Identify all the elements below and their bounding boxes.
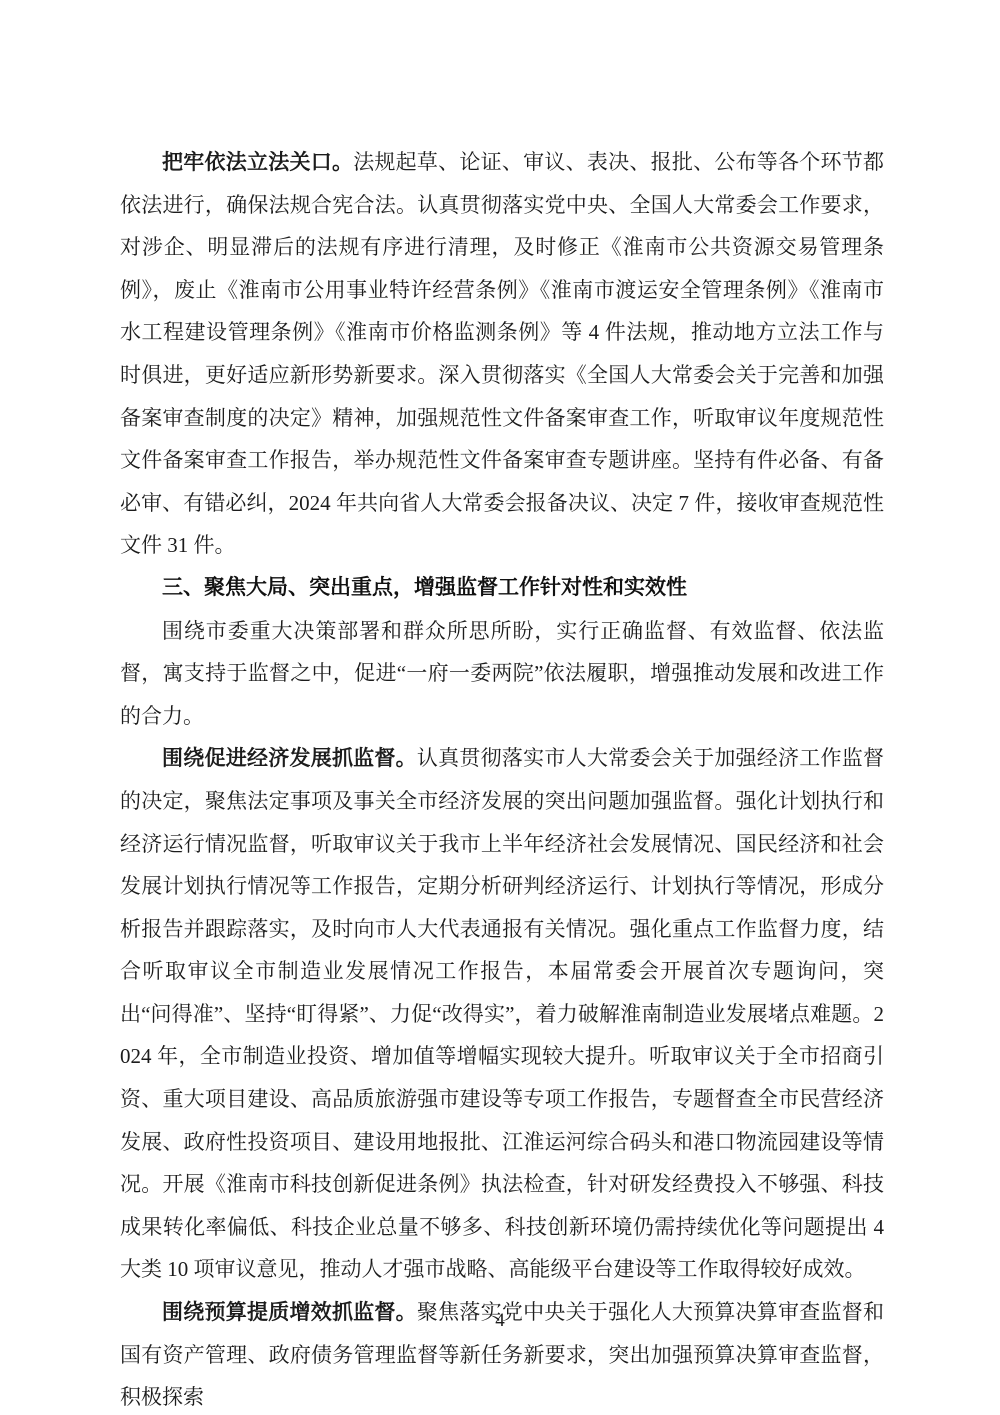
paragraph-economy-supervision-lead: 围绕促进经济发展抓监督。 <box>162 746 417 770</box>
paragraph-lawmaking-lead: 把牢依法立法关口。 <box>162 150 353 174</box>
paragraph-economy-supervision: 围绕促进经济发展抓监督。认真贯彻落实市人大常委会关于加强经济工作监督的决定，聚焦… <box>120 737 884 1291</box>
paragraph-lawmaking: 把牢依法立法关口。法规起草、论证、审议、表决、报批、公布等各个环节都依法进行，确… <box>120 141 884 567</box>
paragraph-supervision-intro-text: 围绕市委重大决策部署和群众所思所盼，实行正确监督、有效监督、依法监督，寓支持于监… <box>120 619 884 728</box>
paragraph-lawmaking-text: 法规起草、论证、审议、表决、报批、公布等各个环节都依法进行，确保法规合宪合法。认… <box>120 150 884 557</box>
document-page: 把牢依法立法关口。法规起草、论证、审议、表决、报批、公布等各个环节都依法进行，确… <box>0 0 1000 1415</box>
paragraph-economy-supervision-text: 认真贯彻落实市人大常委会关于加强经济工作监督的决定，聚焦法定事项及事关全市经济发… <box>120 746 884 1281</box>
page-number: 4 <box>0 1308 1000 1334</box>
page-body: 把牢依法立法关口。法规起草、论证、审议、表决、报批、公布等各个环节都依法进行，确… <box>120 141 884 1415</box>
paragraph-supervision-intro: 围绕市委重大决策部署和群众所思所盼，实行正确监督、有效监督、依法监督，寓支持于监… <box>120 610 884 738</box>
section-heading: 三、聚焦大局、突出重点，增强监督工作针对性和实效性 <box>120 567 884 610</box>
